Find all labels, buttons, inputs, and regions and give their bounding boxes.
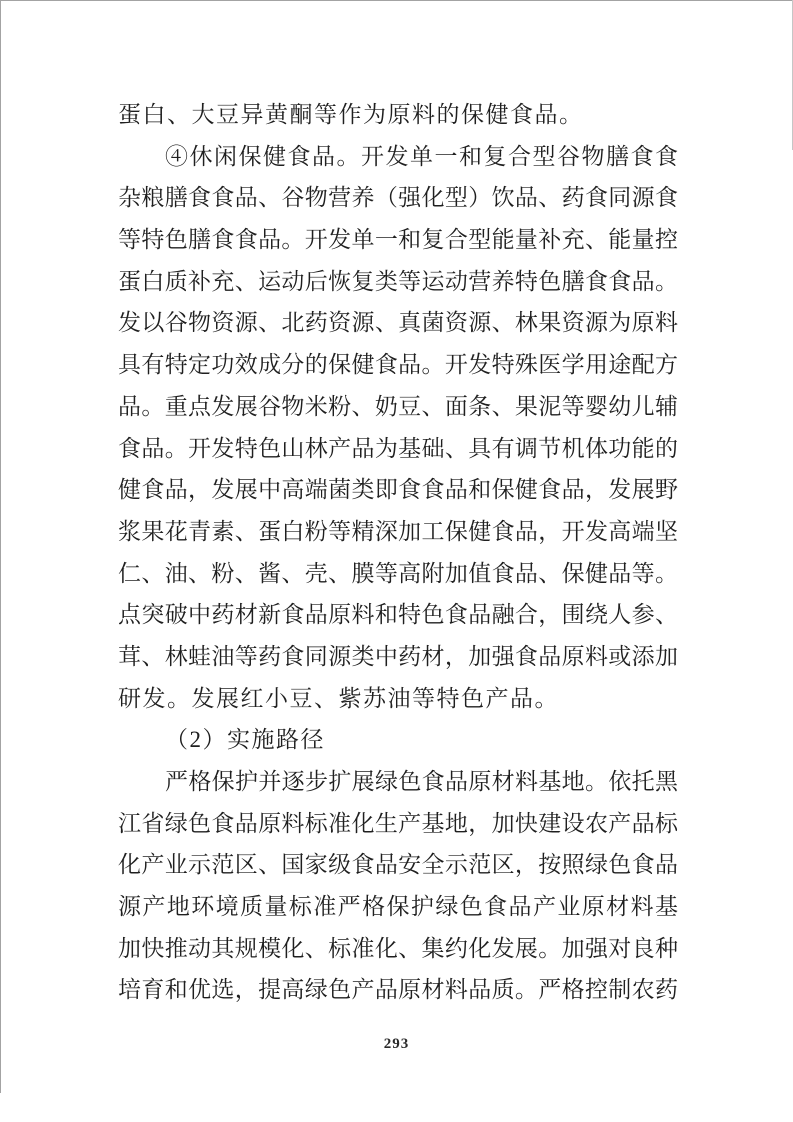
text-line: 发以谷物资源、北药资源、真菌资源、林果资源为原料的 [118, 302, 678, 344]
text-line: 加快推动其规模化、标准化、集约化发展。加强对良种的 [118, 928, 678, 970]
text-line: 具有特定功效成分的保健食品。开发特殊医学用途配方食 [118, 344, 678, 386]
text-line: 化产业示范区、国家级食品安全示范区，按照绿色食品资 [118, 844, 678, 886]
text-line: 蛋白质补充、运动后恢复类等运动营养特色膳食食品。开 [118, 261, 678, 303]
text-line: 严格保护并逐步扩展绿色食品原材料基地。依托黑龙 [118, 761, 678, 803]
page-left-edge [0, 0, 1, 1093]
text-line: 蛋白、大豆异黄酮等作为原料的保健食品。 [118, 94, 678, 136]
text-line: 江省绿色食品原料标准化生产基地，加快建设农产品标准 [118, 803, 678, 845]
text-line: 食品。开发特色山林产品为基础、具有调节机体功能的保 [118, 428, 678, 470]
text-line: 源产地环境质量标准严格保护绿色食品产业原材料基地， [118, 886, 678, 928]
section-heading: （2）实施路径 [118, 719, 678, 761]
text-block: 蛋白、大豆异黄酮等作为原料的保健食品。 ④休闲保健食品。开发单一和复合型谷物膳食… [118, 94, 678, 1011]
text-line: 茸、林蛙油等药食同源类中药材，加强食品原料或添加剂 [118, 636, 678, 678]
document-page: 蛋白、大豆异黄酮等作为原料的保健食品。 ④休闲保健食品。开发单一和复合型谷物膳食… [0, 0, 793, 1122]
text-line: 浆果花青素、蛋白粉等精深加工保健食品，开发高端坚果 [118, 511, 678, 553]
text-line: 健食品，发展中高端菌类即食食品和保健食品，发展野生 [118, 469, 678, 511]
text-line: 点突破中药材新食品原料和特色食品融合，围绕人参、鹿 [118, 594, 678, 636]
text-line: 培育和优选，提高绿色产品原材料品质。严格控制农药化 [118, 969, 678, 1011]
text-line: ④休闲保健食品。开发单一和复合型谷物膳食食品、 [118, 136, 678, 178]
text-line: 等特色膳食食品。开发单一和复合型能量补充、能量控制、 [118, 219, 678, 261]
page-number: 293 [0, 1036, 793, 1053]
text-line: 杂粮膳食食品、谷物营养（强化型）饮品、药食同源食品 [118, 177, 678, 219]
text-line: 研发。发展红小豆、紫苏油等特色产品。 [118, 678, 678, 720]
text-line: 品。重点发展谷物米粉、奶豆、面条、果泥等婴幼儿辅助 [118, 386, 678, 428]
page-top-edge [0, 0, 793, 1]
text-line: 仁、油、粉、酱、壳、膜等高附加值食品、保健品等。重 [118, 553, 678, 595]
